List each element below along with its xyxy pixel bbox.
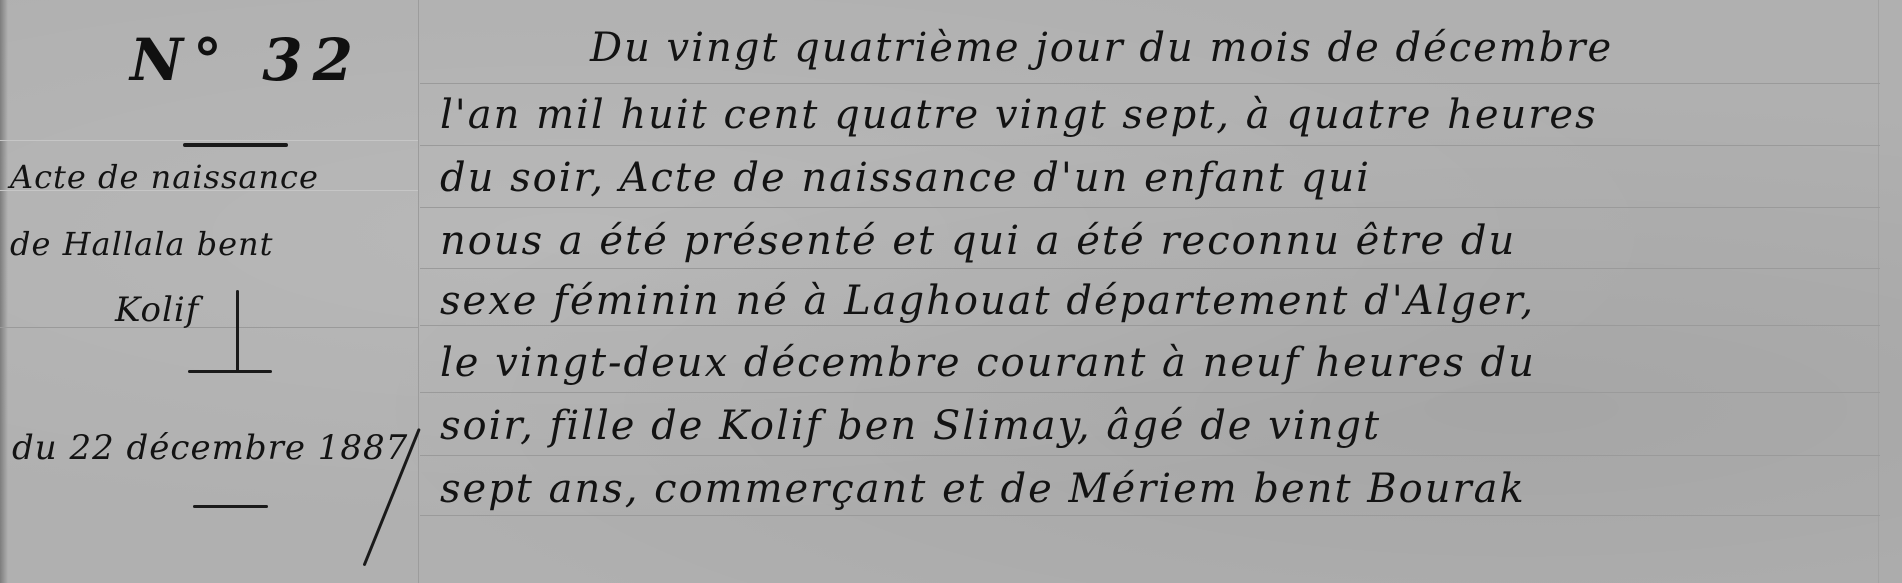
record-number: N° 32 [130, 26, 363, 94]
ruled-line [420, 325, 1880, 326]
document-page: N° 32 Acte de naissance de Hallala bent … [0, 0, 1902, 583]
ruled-line [420, 392, 1880, 393]
margin-date: du 22 décembre 1887 [12, 428, 408, 468]
ruled-line [420, 455, 1880, 456]
ruled-line [420, 268, 1880, 269]
body-line-7: soir, fille de Kolif ben Slimay, âgé de … [440, 403, 1381, 449]
binding-shadow [0, 0, 8, 583]
body-line-4: nous a été présenté et qui a été reconnu… [440, 218, 1516, 264]
body-line-2: l'an mil huit cent quatre vingt sept, à … [440, 92, 1598, 138]
separator-dash [183, 143, 288, 147]
ruled-line [420, 145, 1880, 146]
right-edge-rule [1878, 0, 1879, 583]
body-line-3: du soir, Acte de naissance d'un enfant q… [440, 155, 1371, 201]
margin-column-rule [418, 0, 419, 583]
ruled-line [0, 140, 418, 141]
name-flourish [236, 290, 239, 372]
separator-dash [193, 505, 268, 508]
ruled-line [420, 515, 1880, 516]
body-line-8: sept ans, commerçant et de Mériem bent B… [440, 466, 1526, 512]
margin-title-line-1: Acte de naissance [10, 158, 319, 196]
separator-dash [188, 370, 272, 373]
body-line-1: Du vingt quatrième jour du mois de décem… [590, 25, 1613, 71]
ruled-line [420, 207, 1880, 208]
body-line-6: le vingt-deux décembre courant à neuf he… [440, 340, 1536, 386]
ruled-line [0, 327, 418, 328]
ruled-line [420, 83, 1880, 84]
body-line-5: sexe féminin né à Laghouat département d… [440, 278, 1535, 324]
margin-title-line-2: de Hallala bent [10, 225, 274, 263]
margin-title-line-3: Kolif [115, 290, 199, 330]
